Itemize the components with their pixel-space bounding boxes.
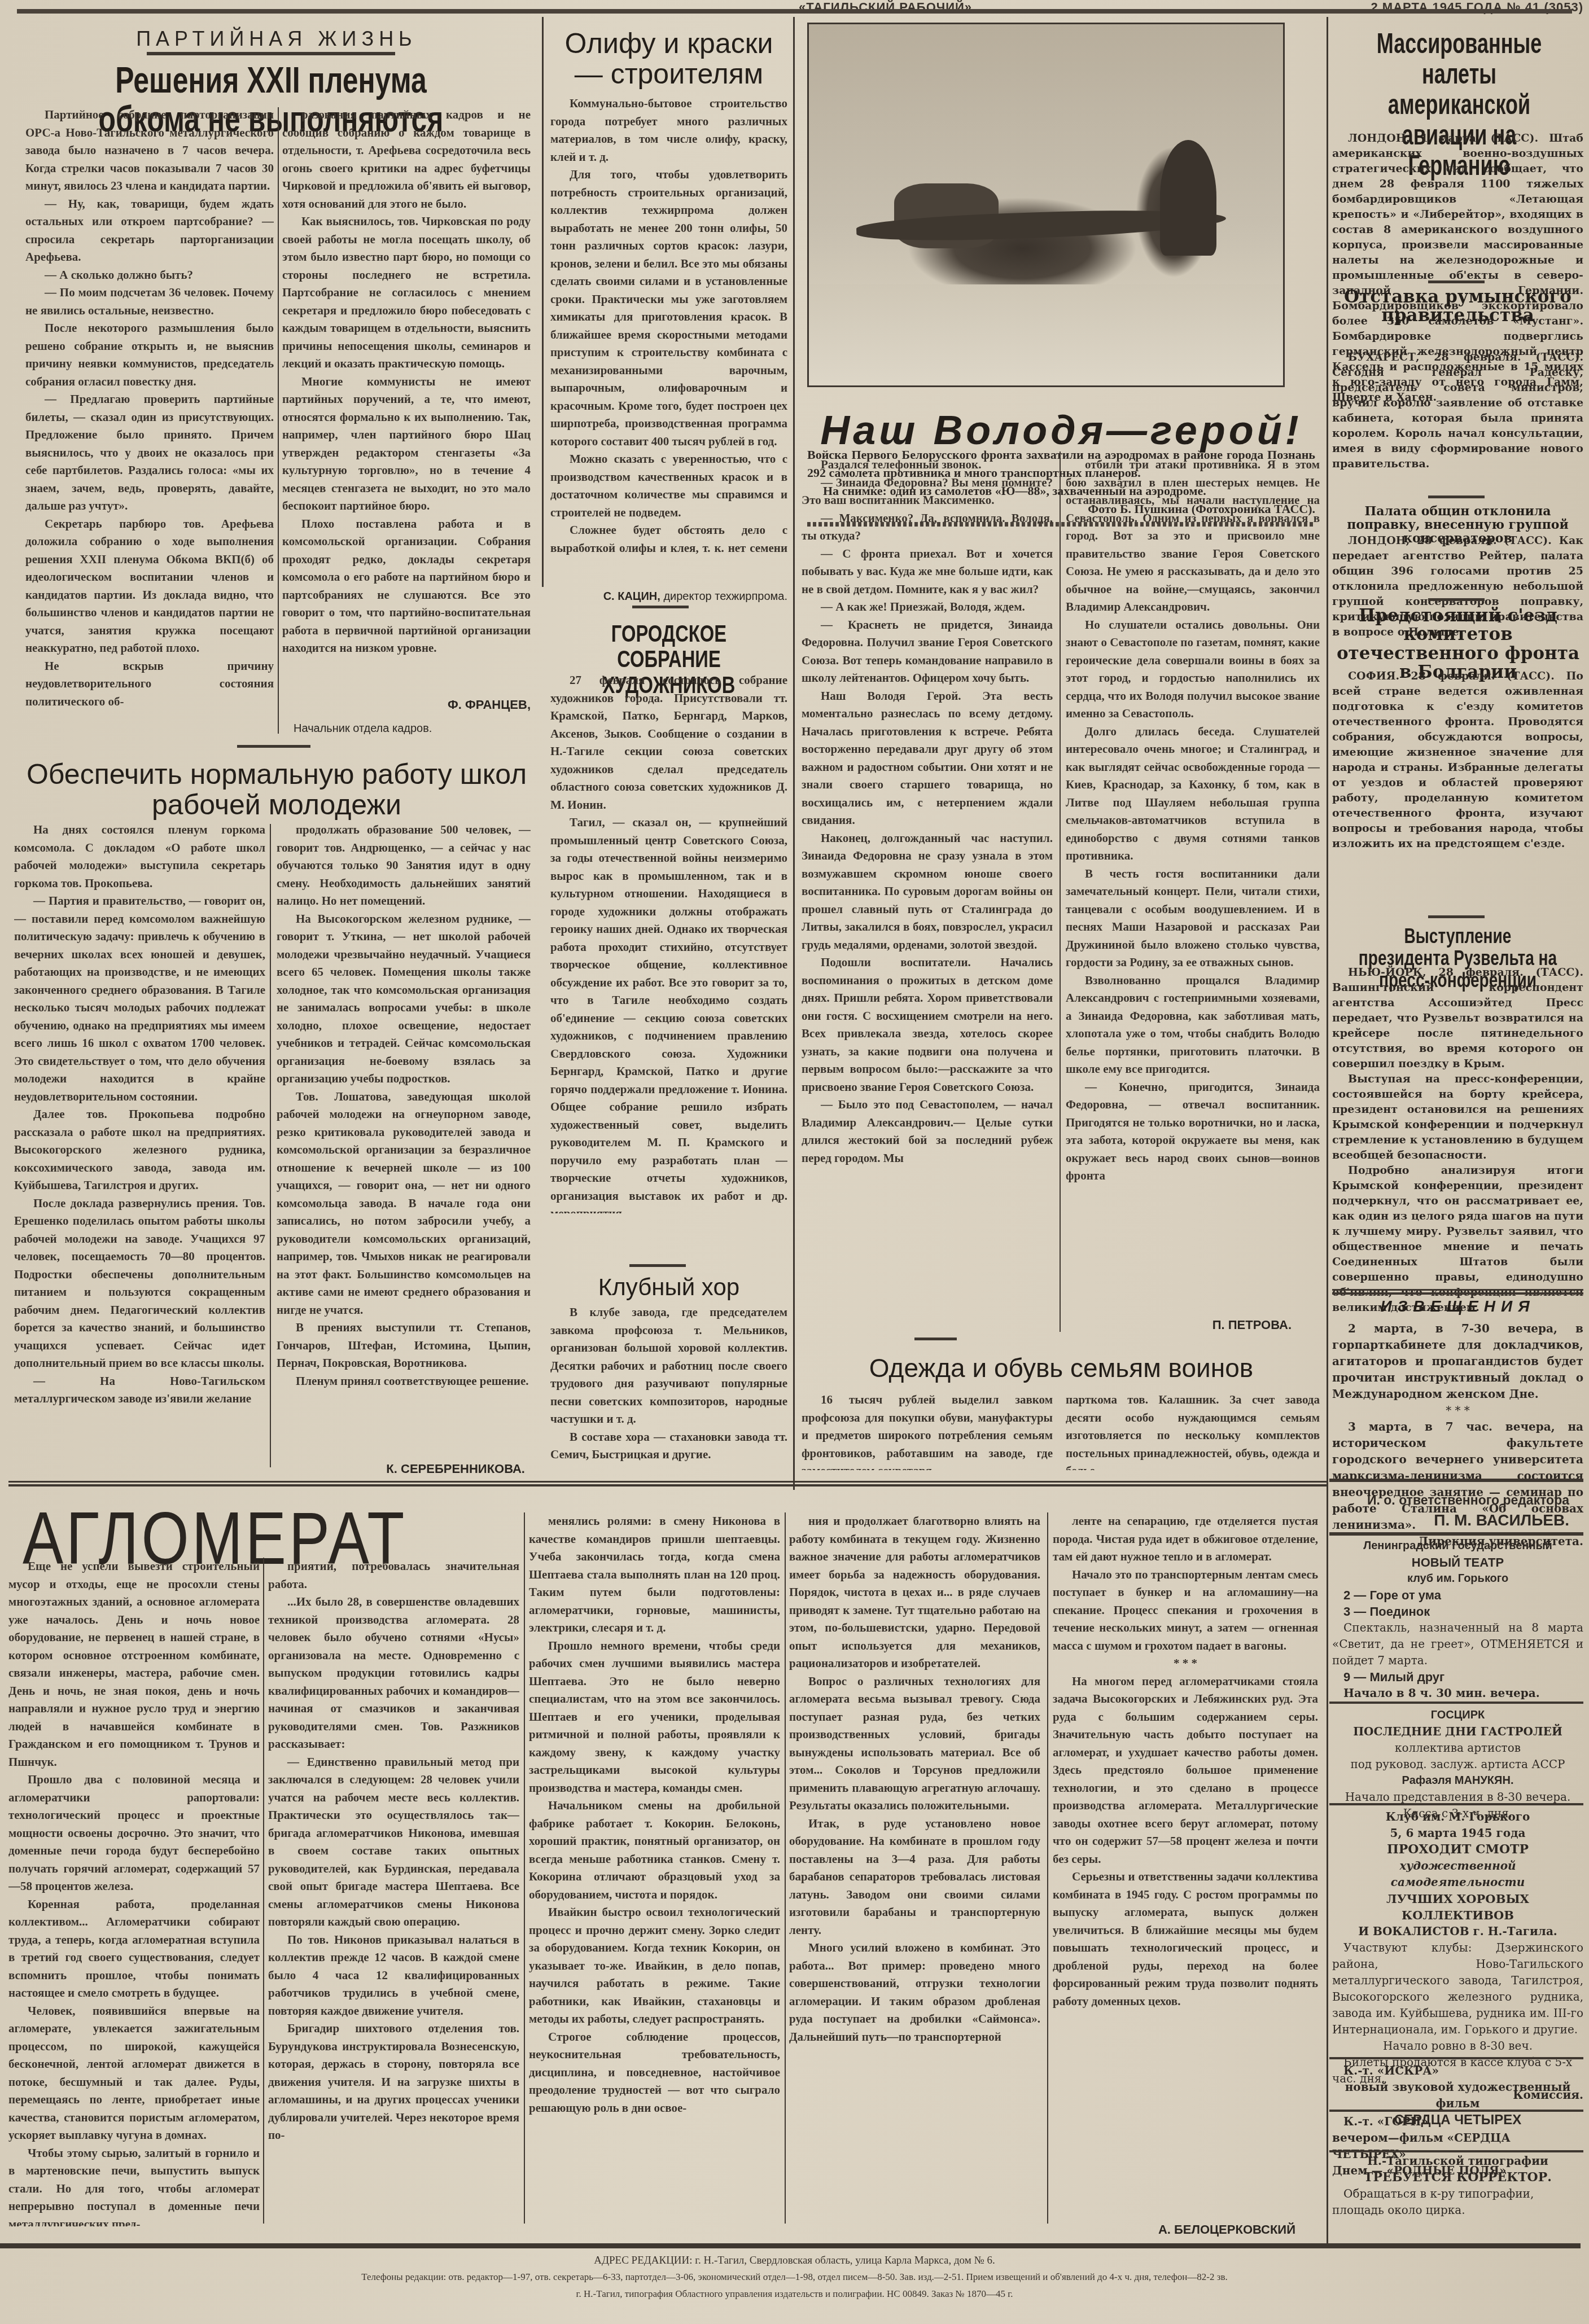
typography-ad: Н.-Тагильской типографии ТРЕБУЕТСЯ КОРРЕ…: [1332, 2153, 1583, 2218]
column-divider: [270, 824, 271, 1467]
masthead-rule: [17, 9, 1572, 14]
hero-signature: П. ПЕТРОВА.: [1066, 1318, 1292, 1332]
divider: [1428, 280, 1485, 283]
section-rule: [1329, 1532, 1583, 1536]
schools-headline: Обеспечить нормальную работу школ рабоче…: [17, 759, 536, 820]
schools-article-col1: На днях состоялся пленум горкома комсомо…: [14, 821, 265, 1470]
roosevelt-article: НЬЮ-ЙОРК, 28 февраля. (ТАСС). Вашингтонс…: [1332, 965, 1583, 1316]
snow-ground: [809, 284, 1283, 385]
footer-address: АДРЕС РЕДАКЦИИ: г. Н.-Тагил, Свердловска…: [0, 2255, 1589, 2267]
hero-headline: Наш Володя—герой!: [802, 409, 1321, 453]
divider: [237, 745, 310, 748]
column-divider: [793, 17, 795, 1490]
paints-headline: Олифу и краски — строителям: [548, 28, 790, 89]
plane-tail: [1160, 140, 1217, 256]
divider: [1428, 496, 1485, 498]
section-double-rule: [8, 1481, 1327, 1487]
divider: [1428, 598, 1485, 601]
section-rule: [1329, 2150, 1583, 2152]
party-article-col2: разования партийных кадров и не сообщив …: [282, 106, 531, 676]
photo-captured-plane: [807, 23, 1285, 387]
divider: [629, 1264, 686, 1267]
column-divider: [785, 1512, 786, 2224]
section-double-rule: [1332, 1289, 1583, 1295]
romania-article: БУХАРЕСТ, 28 февраля. (ТАСС). Сегодня ге…: [1332, 350, 1583, 472]
choir-headline: Клубный хор: [548, 1274, 790, 1300]
schools-article-col2: продолжать образование 500 человек, — го…: [277, 821, 531, 1442]
footer-printer: г. Н.-Тагил, типография Областного управ…: [0, 2288, 1589, 2300]
aglomerat-signature: А. БЕЛОЦЕРКОВСКИЙ: [1053, 2222, 1295, 2237]
artists-article: 27 февраля состоялось собрание художнико…: [550, 672, 787, 1213]
clothes-headline: Одежда и обувь семьям воинов: [796, 1354, 1327, 1383]
aglomerat-col3: менялись ролями: в смену Никонова в каче…: [529, 1512, 780, 2226]
column-divider: [1327, 17, 1328, 2246]
party-signature: Ф. ФРАНЦЕВ,: [282, 698, 531, 712]
choir-article: В клубе завода, где председателем завком…: [550, 1304, 787, 1467]
section-rule: [1329, 2057, 1583, 2059]
bulgaria-article: СОФИЯ. 28 февраля. (ТАСС). По всей стран…: [1332, 669, 1583, 852]
paints-article: Коммунально-бытовое строительство города…: [550, 95, 787, 558]
hero-article-col2: отбили три атаки противника. Я в этом бо…: [1066, 456, 1320, 1207]
divider: [1428, 915, 1485, 918]
rubric-underline: [147, 52, 395, 55]
footer-phones: Телефоны редакции: отв. редактор—1-97, о…: [0, 2272, 1589, 2283]
section-rubric: ПАРТИЙНАЯ ЖИЗНЬ: [23, 27, 531, 51]
newspaper-page: «ТАГИЛЬСКИЙ РАБОЧИЙ» 2 МАРТА 1945 ГОДА №…: [0, 0, 1589, 2324]
section-rule: [1329, 1702, 1583, 1704]
aglomerat-col1: Еще не успели вывезти строительный мусор…: [8, 1558, 260, 2226]
editor-block: И. о. ответственного редактора П. М. ВАС…: [1332, 1490, 1569, 1531]
schools-signature: К. СЕРЕБРЕННИКОВА.: [277, 1462, 525, 1476]
section-rule: [1329, 2110, 1583, 2112]
aglomerat-col5: ленте на сепарацию, где отделяется пуста…: [1053, 1512, 1318, 2187]
clothes-article-col1: 16 тысяч рублей выделил завком профсоюза…: [802, 1391, 1053, 1470]
column-divider: [263, 1558, 264, 2224]
paints-signature: С. КАЦИН, директор техжирпрома.: [550, 590, 787, 603]
column-divider: [1060, 451, 1061, 1332]
divider: [914, 1338, 957, 1340]
column-divider: [278, 107, 279, 734]
section-rule: [1329, 1803, 1583, 1805]
column-divider: [542, 17, 544, 587]
hero-article-col1: Раздался телефонный звонок.— Зинаида Фед…: [802, 456, 1053, 1184]
romania-headline: Отставка румынского правительства: [1332, 288, 1583, 326]
theatre-ad: Ленинградский Государственный НОВЫЙ ТЕАТ…: [1332, 1538, 1583, 1702]
bottom-rule: [0, 2243, 1581, 2248]
party-article-col1: Партийное собрание парторганизации ОРС-а…: [25, 106, 274, 721]
notices-title: ИЗВЕЩЕНИЯ: [1332, 1298, 1583, 1315]
divider: [632, 606, 689, 608]
section-rule: [1329, 1479, 1583, 1482]
clothes-article-col2: парткома тов. Калашник. За счет завода д…: [1066, 1391, 1320, 1470]
column-divider: [524, 1512, 525, 2224]
aglomerat-col2: приятий, потребовалась значительная рабо…: [268, 1558, 519, 2226]
aglomerat-col4: ния и продолжает благотворно влиять на р…: [789, 1512, 1040, 2226]
party-signature-title: Начальник отдела кадров.: [294, 722, 542, 735]
column-divider: [1047, 1512, 1048, 2224]
